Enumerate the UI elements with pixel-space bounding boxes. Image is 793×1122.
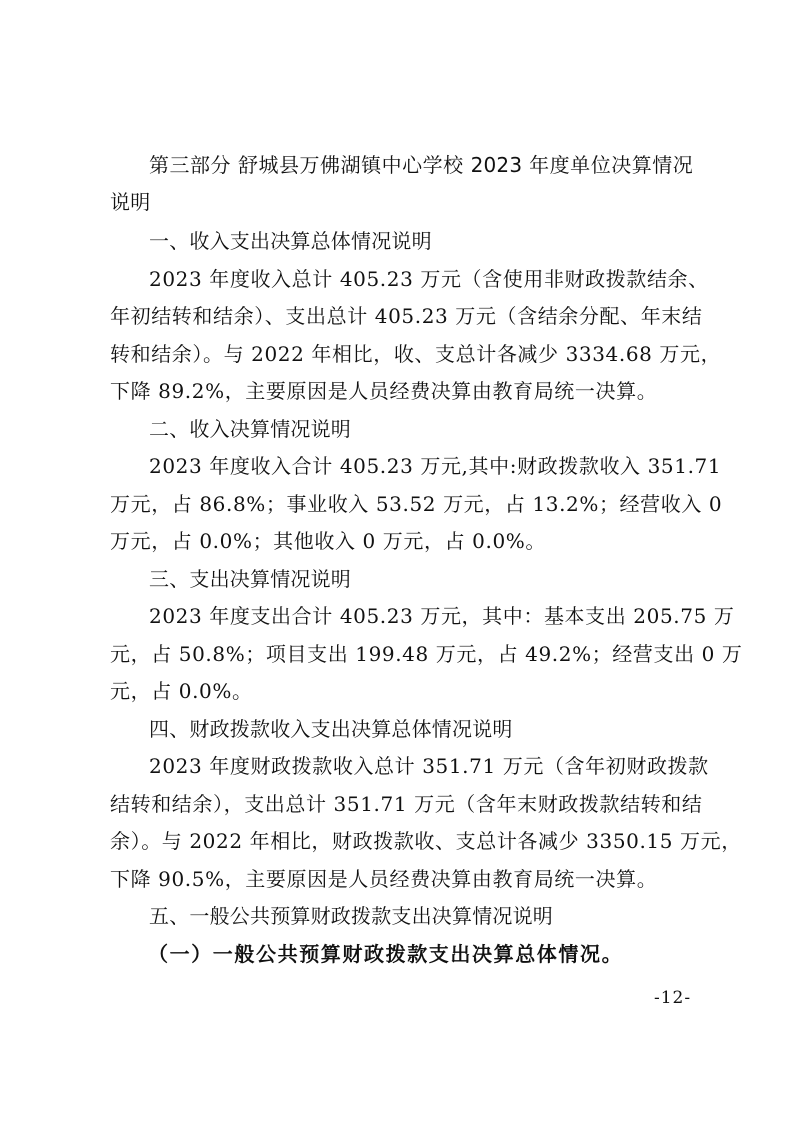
paragraph-line: 元，占 50.8%；项目支出 199.48 万元，占 49.2%；经营支出 0 …	[110, 641, 693, 667]
paragraph-line: 2023 年度财政拨款收入总计 351.71 万元（含年初财政拨款	[110, 753, 693, 779]
paragraph-line: 年初结转和结余）、支出总计 405.23 万元（含结余分配、年末结	[110, 303, 693, 329]
paragraph-line: 下降 90.5%，主要原因是人员经费决算由教育局统一决算。	[110, 866, 693, 892]
paragraph-line: 元，占 0.0%。	[110, 678, 693, 704]
paragraph-line: 结转和结余），支出总计 351.71 万元（含年末财政拨款结转和结	[110, 791, 693, 817]
paragraph-line: 万元，占 0.0%；其他收入 0 万元，占 0.0%。	[110, 528, 693, 554]
paragraph-line: 2023 年度收入合计 405.23 万元,其中:财政拨款收入 351.71	[110, 453, 693, 479]
paragraph-line: 下降 89.2%，主要原因是人员经费决算由教育局统一决算。	[110, 378, 693, 404]
document-page: 第三部分 舒城县万佛湖镇中心学校 2023 年度单位决算情况 说明 一、收入支出…	[0, 0, 793, 1122]
document-title: 第三部分 舒城县万佛湖镇中心学校 2023 年度单位决算情况	[110, 152, 693, 178]
paragraph-line: 余）。与 2022 年相比，财政拨款收、支总计各减少 3350.15 万元，	[110, 828, 693, 854]
section-heading-5: 五、一般公共预算财政拨款支出决算情况说明	[110, 903, 693, 929]
paragraph-line: 万元，占 86.8%；事业收入 53.52 万元，占 13.2%；经营收入 0	[110, 491, 693, 517]
section-heading-4: 四、财政拨款收入支出决算总体情况说明	[110, 716, 693, 742]
section-heading-3: 三、支出决算情况说明	[110, 566, 693, 592]
paragraph-line: 转和结余）。与 2022 年相比，收、支总计各减少 3334.68 万元，	[110, 341, 693, 367]
paragraph-line: 2023 年度支出合计 405.23 万元，其中：基本支出 205.75 万	[110, 603, 693, 629]
document-title-continued: 说明	[110, 189, 693, 215]
section-heading-2: 二、收入决算情况说明	[110, 416, 693, 442]
page-number: -12-	[654, 988, 691, 1008]
subsection-heading: （一）一般公共预算财政拨款支出决算总体情况。	[148, 941, 731, 967]
paragraph-line: 2023 年度收入总计 405.23 万元（含使用非财政拨款结余、	[110, 266, 693, 292]
section-heading-1: 一、收入支出决算总体情况说明	[110, 228, 693, 254]
